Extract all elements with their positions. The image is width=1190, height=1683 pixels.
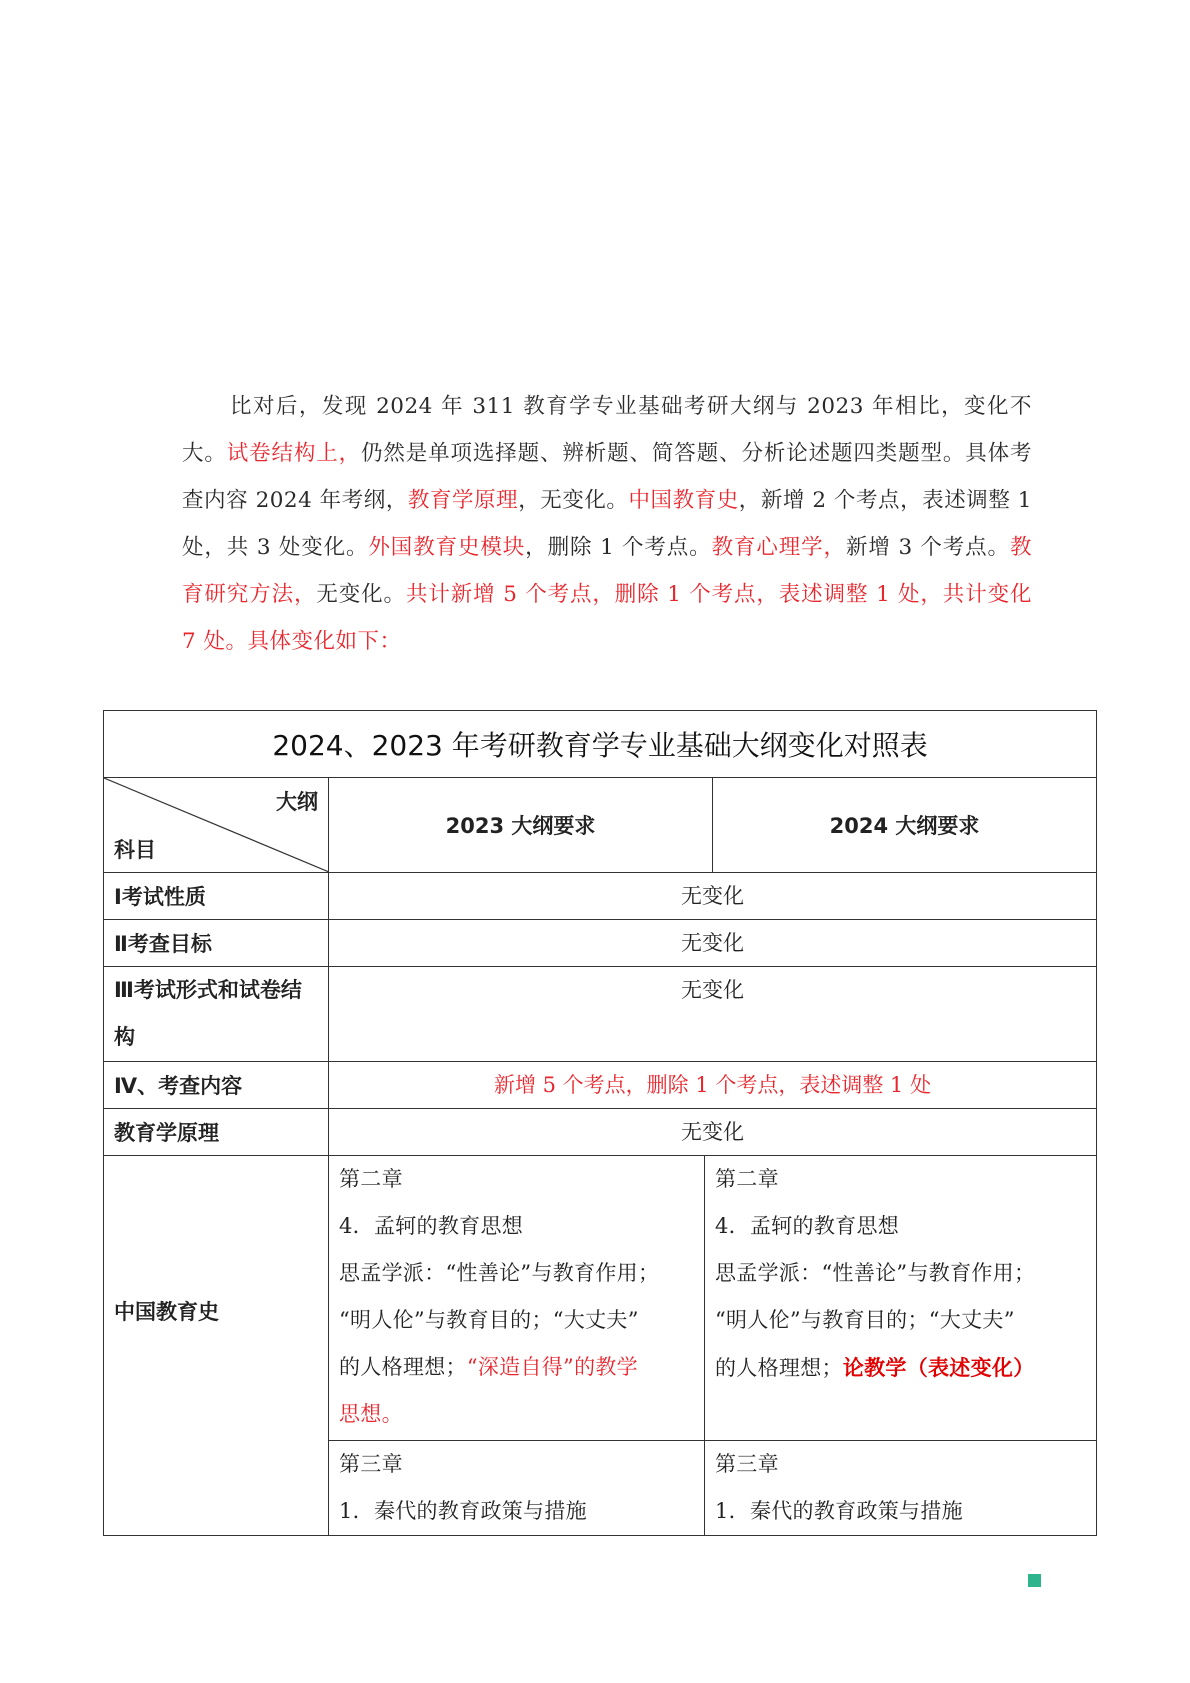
item-line-mixed: 的人格理想；“深造自得”的教学 — [339, 1344, 694, 1391]
header-2023: 2023 大纲要求 — [329, 778, 713, 873]
item-title: 1．秦代的教育政策与措施 — [715, 1488, 1086, 1535]
intro-segment: ，删除 1 个考点。 — [525, 535, 711, 560]
table-title-row: 2024、2023 年考研教育学专业基础大纲变化对照表 — [104, 711, 1097, 778]
row-value: 无变化 — [329, 1109, 1097, 1156]
intro-paragraph: 比对后，发现 2024 年 311 教育学专业基础考研大纲与 2023 年相比，… — [182, 383, 1032, 665]
table-header-row: 大纲 科目 2023 大纲要求 2024 大纲要求 — [104, 778, 1097, 873]
item-line-mixed: 的人格理想；论教学（表述变化） — [715, 1344, 1086, 1392]
row-label: 中国教育史 — [104, 1156, 329, 1536]
item-text: 的人格理想； — [715, 1356, 843, 1380]
intro-segment: 新增 3 个考点。 — [846, 535, 1010, 560]
intro-segment: 无变化。 — [316, 582, 406, 607]
item-text: 的人格理想； — [339, 1355, 467, 1379]
item-title: 4．孟轲的教育思想 — [339, 1203, 694, 1250]
cell-2023-chapter3: 第三章 1．秦代的教育政策与措施 — [329, 1441, 705, 1536]
cell-2023-chapter2: 第二章 4．孟轲的教育思想 思孟学派：“性善论”与教育作用； “明人伦”与教育目… — [329, 1156, 705, 1441]
removed-point-cont: 思想。 — [339, 1391, 694, 1438]
row-label: Ⅱ考查目标 — [104, 920, 329, 967]
chapter-heading: 第二章 — [339, 1156, 694, 1203]
comparison-table: 2024、2023 年考研教育学专业基础大纲变化对照表 大纲 科目 2023 大… — [103, 710, 1097, 1536]
chapter-heading: 第二章 — [715, 1156, 1086, 1203]
table-title: 2024、2023 年考研教育学专业基础大纲变化对照表 — [104, 711, 1097, 778]
table-row: 教育学原理 无变化 — [104, 1109, 1097, 1156]
chapter-heading: 第三章 — [715, 1441, 1086, 1488]
table-row: Ⅱ考查目标 无变化 — [104, 920, 1097, 967]
chapter-heading: 第三章 — [339, 1441, 694, 1488]
row-value: 无变化 — [329, 873, 1097, 920]
row-value: 无变化 — [329, 967, 1097, 1062]
intro-highlight: 教育心理学， — [712, 535, 846, 560]
row-value: 无变化 — [329, 920, 1097, 967]
item-line: 思孟学派：“性善论”与教育作用； — [715, 1250, 1086, 1297]
table-row-china-history: 中国教育史 第二章 4．孟轲的教育思想 思孟学派：“性善论”与教育作用； “明人… — [104, 1156, 1097, 1441]
item-line: 思孟学派：“性善论”与教育作用； — [339, 1250, 694, 1297]
intro-highlight: 中国教育史 — [629, 488, 739, 513]
diag-header-outline: 大纲 — [276, 786, 318, 816]
cell-2024-chapter3: 第三章 1．秦代的教育政策与措施 — [705, 1441, 1097, 1536]
item-line: “明人伦”与教育目的；“大丈夫” — [715, 1297, 1086, 1344]
header-2024: 2024 大纲要求 — [713, 778, 1097, 873]
row-label: Ⅲ考试形式和试卷结构 — [104, 967, 329, 1062]
row-label: Ⅳ、考查内容 — [104, 1062, 329, 1109]
item-title: 4．孟轲的教育思想 — [715, 1203, 1086, 1250]
table-row: Ⅲ考试形式和试卷结构 无变化 — [104, 967, 1097, 1062]
item-line: “明人伦”与教育目的；“大丈夫” — [339, 1297, 694, 1344]
removed-point: “深造自得”的教学 — [467, 1355, 638, 1379]
cell-2024-chapter2: 第二章 4．孟轲的教育思想 思孟学派：“性善论”与教育作用； “明人伦”与教育目… — [705, 1156, 1097, 1441]
changed-point: 论教学（表述变化） — [843, 1355, 1035, 1380]
intro-highlight: 外国教育史模块 — [368, 535, 525, 560]
diagonal-header-cell: 大纲 科目 — [104, 778, 329, 873]
item-title: 1．秦代的教育政策与措施 — [339, 1488, 694, 1535]
table-row: Ⅰ考试性质 无变化 — [104, 873, 1097, 920]
row-label: 教育学原理 — [104, 1109, 329, 1156]
row-value-highlight: 新增 5 个考点，删除 1 个考点，表述调整 1 处 — [329, 1062, 1097, 1109]
intro-highlight: 试卷结构上， — [227, 441, 361, 466]
intro-segment: ，无变化。 — [518, 488, 628, 513]
page-mark-icon — [1028, 1574, 1041, 1587]
table-row: Ⅳ、考查内容 新增 5 个考点，删除 1 个考点，表述调整 1 处 — [104, 1062, 1097, 1109]
intro-highlight: 教育学原理 — [408, 488, 518, 513]
intro-text: 比对后，发现 2024 年 311 教育学专业基础考研大纲与 2023 年相比，… — [182, 383, 1032, 665]
row-label: Ⅰ考试性质 — [104, 873, 329, 920]
diag-header-subject: 科目 — [114, 834, 156, 864]
